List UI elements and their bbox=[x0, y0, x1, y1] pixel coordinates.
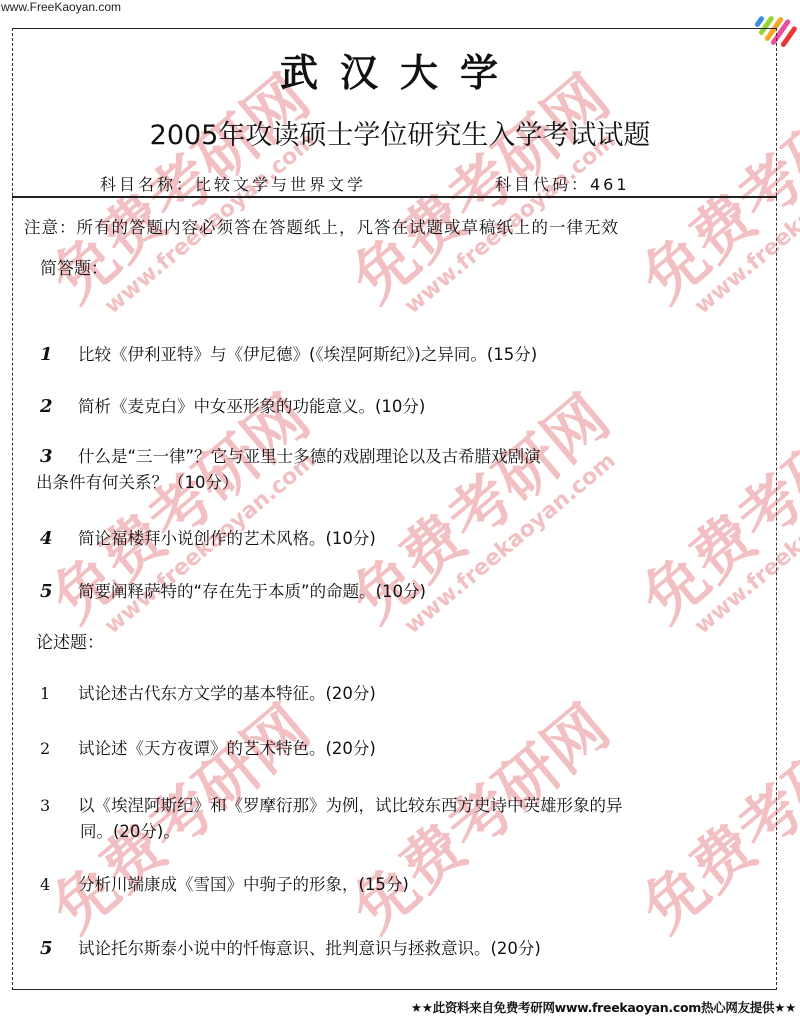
question-text-continuation: 同。(20分)。 bbox=[80, 818, 180, 842]
question-number: 2 bbox=[40, 396, 78, 417]
university-title: 武汉大学 bbox=[0, 42, 800, 97]
question-item: 2简析《麦克白》中女巫形象的功能意义。(10分) bbox=[40, 393, 425, 417]
question-text: 简析《麦克白》中女巫形象的功能意义。(10分) bbox=[78, 397, 425, 416]
subject-name: 科目名称：比较文学与世界文学 bbox=[100, 172, 366, 195]
site-url-link[interactable]: www.FreeKaoyan.com bbox=[1, 0, 121, 14]
question-item: 1试论述古代东方文学的基本特征。(20分) bbox=[40, 680, 376, 704]
question-item: 4分析川端康成《雪国》中驹子的形象，(15分) bbox=[40, 871, 409, 895]
question-item: 4简论福楼拜小说创作的艺术风格。(10分) bbox=[40, 525, 376, 549]
question-item: 5简要阐释萨特的“存在先于本质”的命题。(10分) bbox=[40, 578, 426, 602]
question-number: 5 bbox=[40, 938, 78, 959]
question-text: 试论托尔斯泰小说中的忏悔意识、批判意识与拯救意识。(20分) bbox=[78, 939, 541, 958]
question-text: 比较《伊利亚特》与《伊尼德》(《埃涅阿斯纪》)之异同。(15分) bbox=[78, 345, 537, 364]
exam-title: 2005年攻读硕士学位研究生入学考试试题 bbox=[0, 113, 800, 152]
exam-notice: 注意：所有的答题内容必须答在答题纸上，凡答在试题或草稿纸上的一律无效 bbox=[24, 214, 619, 238]
question-text: 以《埃涅阿斯纪》和《罗摩衍那》为例，试比较东西方史诗中英雄形象的异 bbox=[78, 796, 623, 815]
question-text: 什么是“三一律”？它与亚里士多德的戏剧理论以及古希腊戏剧演 bbox=[78, 447, 541, 466]
question-number: 4 bbox=[40, 875, 78, 894]
header-divider bbox=[12, 196, 777, 198]
question-number: 4 bbox=[40, 528, 78, 549]
question-text: 分析川端康成《雪国》中驹子的形象，(15分) bbox=[78, 875, 409, 894]
section-heading-short-answer: 简答题： bbox=[40, 254, 108, 279]
question-number: 5 bbox=[40, 581, 78, 602]
footer-credit: ★★此资料来自免费考研网www.freekaoyan.com热心网友提供★★ bbox=[411, 998, 796, 1016]
question-item: 1比较《伊利亚特》与《伊尼德》(《埃涅阿斯纪》)之异同。(15分) bbox=[40, 341, 537, 365]
question-item: 2试论述《天方夜谭》的艺术特色。(20分) bbox=[40, 735, 376, 759]
question-item: 5试论托尔斯泰小说中的忏悔意识、批判意识与拯救意识。(20分) bbox=[40, 935, 541, 959]
question-text: 简要阐释萨特的“存在先于本质”的命题。(10分) bbox=[78, 582, 426, 601]
question-text-continuation: 出条件有何关系？（10分） bbox=[36, 469, 239, 493]
question-text: 试论述《天方夜谭》的艺术特色。(20分) bbox=[78, 739, 376, 758]
question-item: 3什么是“三一律”？它与亚里士多德的戏剧理论以及古希腊戏剧演 出条件有何关系？（… bbox=[40, 443, 541, 467]
subject-code: 科目代码：461 bbox=[495, 172, 630, 195]
question-number: 1 bbox=[40, 344, 78, 365]
question-number: 3 bbox=[40, 446, 78, 467]
question-number: 1 bbox=[40, 684, 78, 703]
question-number: 2 bbox=[40, 739, 78, 758]
question-text: 试论述古代东方文学的基本特征。(20分) bbox=[78, 684, 376, 703]
section-heading-essay: 论述题： bbox=[36, 628, 104, 653]
question-item: 3以《埃涅阿斯纪》和《罗摩衍那》为例，试比较东西方史诗中英雄形象的异 同。(20… bbox=[40, 792, 623, 816]
question-text: 简论福楼拜小说创作的艺术风格。(10分) bbox=[78, 529, 376, 548]
question-number: 3 bbox=[40, 796, 78, 815]
